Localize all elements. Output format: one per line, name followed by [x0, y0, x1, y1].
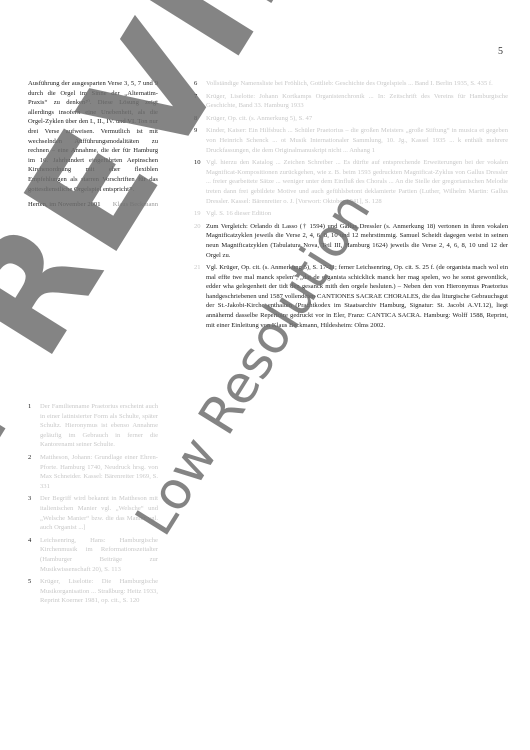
page-number: 5: [498, 46, 503, 57]
footnote: 9Kinder, Kaiser: Ein Hilfsbuch ... Schül…: [194, 126, 508, 155]
footnote-text: Krüger, Op. cit. (s. Anmerkung 5), S. 47: [206, 114, 508, 124]
footnote: 2Mattheson, Johann: Grundlage einer Ehre…: [28, 453, 158, 491]
footnote-number: 4: [28, 536, 40, 574]
footnote-number: 3: [28, 494, 40, 532]
footnote-number: 19: [194, 209, 206, 219]
footnote-number: 2: [28, 453, 40, 491]
footnote: 4Leichsenring, Hans: Hamburgische Kirche…: [28, 536, 158, 574]
footnote-number: 21: [194, 263, 206, 330]
footnote-text: Mattheson, Johann: Grundlage einer Ehren…: [40, 453, 158, 491]
footnote: 5Krüger, Liselotte: Die Hamburgische Mus…: [28, 577, 158, 606]
footnote-number: 5: [28, 577, 40, 606]
footnote-number: 20: [194, 222, 206, 260]
footnote-text: Kinder, Kaiser: Ein Hilfsbuch ... Schüle…: [206, 126, 508, 155]
footnote-text: Leichsenring, Hans: Hamburgische Kirchen…: [40, 536, 158, 574]
footnote: 21Vgl. Krüger, Op. cit. (s. Anmerkung 5)…: [194, 263, 508, 330]
footnote-text: Krüger, Liselotte: Die Hamburgische Musi…: [40, 577, 158, 606]
